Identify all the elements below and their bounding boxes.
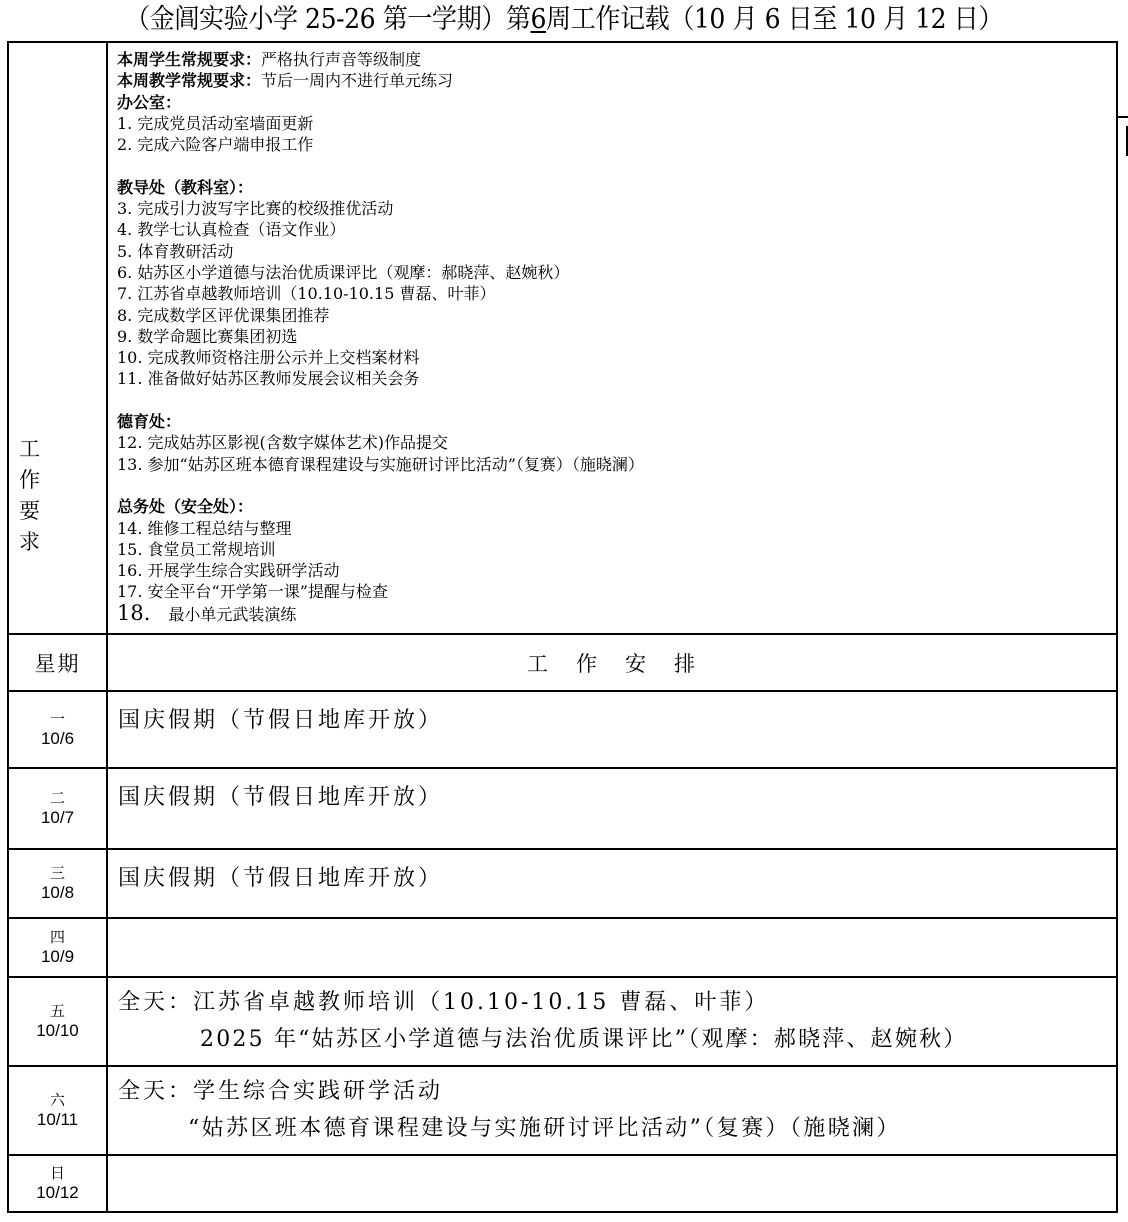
schedule-row: 四10/9	[8, 918, 1117, 977]
schedule-row: 六10/11 全天：学生综合实践研学活动“姑苏区班本德育课程建设与实施研讨评比活…	[8, 1066, 1117, 1155]
schedule-row: 五10/10 全天：江苏省卓越教师培训（10.10-10.15 曹磊、叶菲）20…	[8, 977, 1117, 1066]
label-char: 工	[19, 434, 40, 465]
schedule-cell: 全天：江苏省卓越教师培训（10.10-10.15 曹磊、叶菲）2025 年“姑苏…	[107, 977, 1117, 1066]
section-heading-general-affairs: 总务处（安全处）：	[117, 496, 1116, 517]
list-item: 8. 完成数学区评优课集团推荐	[117, 305, 1116, 326]
list-item: 6. 姑苏区小学道德与法治优质课评比（观摩：郝晓萍、赵婉秋）	[117, 262, 1116, 283]
schedule-row: 一10/6 国庆假期（节假日地库开放）	[8, 691, 1117, 768]
list-item-text: 最小单元武装演练	[150, 605, 296, 624]
teaching-rule-value: 节后一周内不进行单元练习	[261, 71, 453, 90]
day-cell: 五10/10	[8, 977, 107, 1066]
work-requirements-row: 工 作 要 求 本周学生常规要求：严格执行声音等级制度 本周教学常规要求：节后一…	[8, 42, 1117, 634]
list-item: 13. 参加“姑苏区班本德育课程建设与实施研讨评比活动”（复赛）（施晓澜）	[117, 454, 1116, 475]
work-requirements-list: 本周学生常规要求：严格执行声音等级制度 本周教学常规要求：节后一周内不进行单元练…	[108, 43, 1116, 624]
date: 10/8	[9, 882, 106, 904]
list-item: 3. 完成引力波写字比赛的校级推优活动	[117, 198, 1116, 219]
student-rule: 本周学生常规要求：严格执行声音等级制度	[117, 49, 1116, 70]
schedule-line: “姑苏区班本德育课程建设与实施研讨评比活动”（复赛）（施晓澜）	[118, 1110, 1116, 1147]
list-item: 16. 开展学生综合实践研学活动	[117, 560, 1116, 581]
section-heading-office: 办公室：	[117, 92, 1116, 113]
weekday: 六	[9, 1091, 106, 1109]
schedule-line: 国庆假期（节假日地库开放）	[118, 702, 1116, 739]
schedule-line: 全天：学生综合实践研学活动	[118, 1073, 1116, 1110]
label-char: 求	[19, 527, 40, 558]
schedule-line: 全天：江苏省卓越教师培训（10.10-10.15 曹磊、叶菲）	[118, 984, 1116, 1021]
schedule-row: 日10/12	[8, 1155, 1117, 1212]
list-item: 7. 江苏省卓越教师培训（10.10-10.15 曹磊、叶菲）	[117, 283, 1116, 304]
day-cell: 六10/11	[8, 1066, 107, 1155]
weekly-work-table: 工 作 要 求 本周学生常规要求：严格执行声音等级制度 本周教学常规要求：节后一…	[7, 41, 1118, 1213]
schedule-cell	[107, 918, 1117, 977]
schedule-cell: 国庆假期（节假日地库开放）	[107, 849, 1117, 918]
weekday: 五	[9, 1002, 106, 1020]
list-item: 15. 食堂员工常规培训	[117, 539, 1116, 560]
work-requirements-label-cell: 工 作 要 求	[8, 42, 107, 634]
schedule-cell: 全天：学生综合实践研学活动“姑苏区班本德育课程建设与实施研讨评比活动”（复赛）（…	[107, 1066, 1117, 1155]
week-number: 6	[531, 4, 547, 35]
day-cell: 二10/7	[8, 768, 107, 849]
list-item: 11. 准备做好姑苏区教师发展会议相关会务	[117, 368, 1116, 389]
label-char: 要	[19, 496, 40, 527]
weekday: 日	[9, 1164, 106, 1182]
page-title: （金阊实验小学 25-26 第一学期）第6周工作记载（10 月 6 日至 10 …	[39, 0, 1088, 40]
teaching-rule: 本周教学常规要求：节后一周内不进行单元练习	[117, 70, 1116, 91]
schedule-row: 二10/7 国庆假期（节假日地库开放）	[8, 768, 1117, 849]
list-item: 10. 完成教师资格注册公示并上交档案材料	[117, 347, 1116, 368]
schedule-line: 国庆假期（节假日地库开放）	[118, 779, 1116, 816]
spacer	[117, 390, 1116, 411]
weekday: 二	[9, 789, 106, 807]
date: 10/7	[9, 807, 106, 829]
date: 10/10	[9, 1020, 106, 1042]
schedule-cell	[107, 1155, 1117, 1212]
list-item: 2. 完成六险客户端申报工作	[117, 134, 1116, 155]
work-requirements-label: 工 作 要 求	[19, 434, 40, 558]
schedule-line: 2025 年“姑苏区小学道德与法治优质课评比”（观摩：郝晓萍、赵婉秋）	[118, 1021, 1116, 1058]
schedule-header-row: 星期 工 作 安 排	[8, 634, 1117, 691]
section-heading-academic: 教导处（教科室）：	[117, 177, 1116, 198]
day-cell: 一10/6	[8, 691, 107, 768]
list-item: 12. 完成姑苏区影视(含数字媒体艺术)作品提交	[117, 432, 1116, 453]
day-cell: 三10/8	[8, 849, 107, 918]
list-item: 9. 数学命题比赛集团初选	[117, 326, 1116, 347]
list-item: 17. 安全平台“开学第一课”提醒与检查	[117, 581, 1116, 602]
label-char: 作	[19, 465, 40, 496]
spacer	[117, 475, 1116, 496]
date: 10/6	[9, 728, 106, 750]
list-item: 14. 维修工程总结与整理	[117, 518, 1116, 539]
schedule-cell: 国庆假期（节假日地库开放）	[107, 768, 1117, 849]
list-item-number: 18.	[117, 601, 150, 625]
work-arrangement-header: 工 作 安 排	[107, 634, 1117, 691]
title-suffix: 周工作记载（10 月 6 日至 10 月 12 日）	[546, 4, 1003, 35]
day-cell: 四10/9	[8, 918, 107, 977]
weekday: 三	[9, 864, 106, 882]
day-cell: 日10/12	[8, 1155, 107, 1212]
student-rule-value: 严格执行声音等级制度	[261, 50, 421, 69]
schedule-line: 国庆假期（节假日地库开放）	[118, 860, 1116, 897]
weekday-header: 星期	[8, 634, 107, 691]
weekday: 一	[9, 710, 106, 728]
list-item: 18.最小单元武装演练	[117, 603, 1116, 624]
teaching-rule-label: 本周教学常规要求：	[117, 71, 261, 90]
title-prefix: （金阊实验小学 25-26 第一学期）第	[125, 4, 530, 35]
spacer	[117, 155, 1116, 176]
date: 10/9	[9, 946, 106, 968]
student-rule-label: 本周学生常规要求：	[117, 50, 261, 69]
work-arrangement-header-label: 工 作 安 排	[527, 648, 697, 678]
date: 10/11	[9, 1109, 106, 1131]
list-item: 1. 完成党员活动室墙面更新	[117, 113, 1116, 134]
section-heading-moral-education: 德育处：	[117, 411, 1116, 432]
schedule-cell: 国庆假期（节假日地库开放）	[107, 691, 1117, 768]
schedule-row: 三10/8 国庆假期（节假日地库开放）	[8, 849, 1117, 918]
weekday: 四	[9, 928, 106, 946]
date: 10/12	[9, 1182, 106, 1204]
border-artifact	[1118, 116, 1128, 118]
list-item: 4. 教学七认真检查（语文作业）	[117, 219, 1116, 240]
work-requirements-body-cell: 本周学生常规要求：严格执行声音等级制度 本周教学常规要求：节后一周内不进行单元练…	[107, 42, 1117, 634]
list-item: 5. 体育教研活动	[117, 241, 1116, 262]
